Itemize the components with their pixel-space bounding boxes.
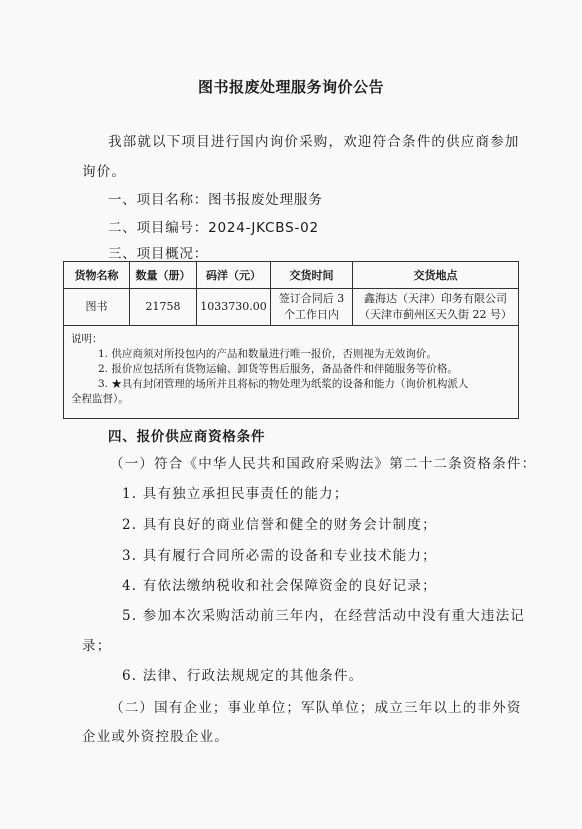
note-item-1: 1. 供应商须对所投包内的产品和数量进行唯一报价，否则视为无效询价。: [71, 347, 514, 362]
cell-delivery-place: 鑫海达（天津）印务有限公司 （天津市蓟州区天久街 22 号）: [353, 289, 519, 326]
cell-list-price: 1033730.00: [197, 289, 271, 326]
delivery-place-line1: 鑫海达（天津）印务有限公司: [353, 291, 518, 307]
note-item-3-continuation: 全程监督）。: [71, 392, 514, 407]
table-row: 图书 21758 1033730.00 签订合同后 3 个工作日内 鑫海达（天津…: [64, 289, 519, 326]
condition-3: 3. 具有履行合同所必需的设备和专业技术能力；: [122, 544, 437, 564]
header-delivery-place: 交货地点: [353, 262, 519, 289]
delivery-place-line2: （天津市蓟州区天久街 22 号）: [353, 307, 518, 323]
qualification-heading: 四、报价供应商资格条件: [108, 425, 265, 445]
condition-1: 1. 具有独立承担民事责任的能力；: [122, 482, 349, 502]
cell-goods-name: 图书: [64, 289, 130, 326]
header-list-price: 码洋（元）: [197, 262, 271, 289]
qualification-sub2-line2: 企业或外资控股企业。: [82, 725, 229, 745]
condition-4: 4. 有依法缴纳税收和社会保障资金的良好记录；: [122, 574, 437, 594]
document-title: 图书报废处理服务询价公告: [0, 76, 582, 97]
condition-2: 2. 具有良好的商业信誉和健全的财务会计制度；: [122, 513, 437, 533]
project-name: 一、项目名称：图书报废处理服务: [108, 188, 323, 208]
header-quantity: 数量（册）: [130, 262, 197, 289]
table-notes-row: 说明： 1. 供应商须对所投包内的产品和数量进行唯一报价，否则视为无效询价。 2…: [64, 326, 519, 419]
delivery-time-line1: 签订合同后 3: [271, 291, 352, 307]
table-header-row: 货物名称 数量（册） 码洋（元） 交货时间 交货地点: [64, 262, 519, 289]
header-goods-name: 货物名称: [64, 262, 130, 289]
qualification-sub2-line1: （二）国有企业；事业单位；军队单位；成立三年以上的非外资: [110, 696, 522, 716]
notes-cell: 说明： 1. 供应商须对所投包内的产品和数量进行唯一报价，否则视为无效询价。 2…: [64, 326, 519, 419]
condition-5-continuation: 录；: [82, 634, 111, 654]
qualification-sub1: （一）符合《中华人民共和国政府采购法》第二十二条资格条件：: [110, 452, 536, 472]
cell-delivery-time: 签订合同后 3 个工作日内: [271, 289, 353, 326]
condition-5: 5. 参加本次采购活动前三年内，在经营活动中没有重大违法记: [122, 604, 525, 624]
condition-6: 6. 法律、行政法规规定的其他条件。: [122, 664, 363, 684]
note-item-2: 2. 报价应包括所有货物运输、卸货等售后服务，备品备件和伴随服务等价格。: [71, 362, 514, 377]
header-delivery-time: 交货时间: [271, 262, 353, 289]
intro-paragraph-line2: 询价。: [82, 160, 126, 180]
project-overview-heading: 三、项目概况：: [108, 242, 208, 262]
cell-quantity: 21758: [130, 289, 197, 326]
goods-table: 货物名称 数量（册） 码洋（元） 交货时间 交货地点 图书 21758 1033…: [63, 261, 519, 419]
notes-label: 说明：: [71, 332, 514, 347]
project-number: 二、项目编号：2024-JKCBS-02: [108, 216, 319, 236]
intro-paragraph-line1: 我部就以下项目进行国内询价采购，欢迎符合条件的供应商参加: [108, 130, 520, 150]
delivery-time-line2: 个工作日内: [271, 307, 352, 323]
note-item-3: 3. ★具有封闭管理的场所并且将标的物处理为纸浆的设备和能力（询价机构派人: [71, 377, 514, 392]
